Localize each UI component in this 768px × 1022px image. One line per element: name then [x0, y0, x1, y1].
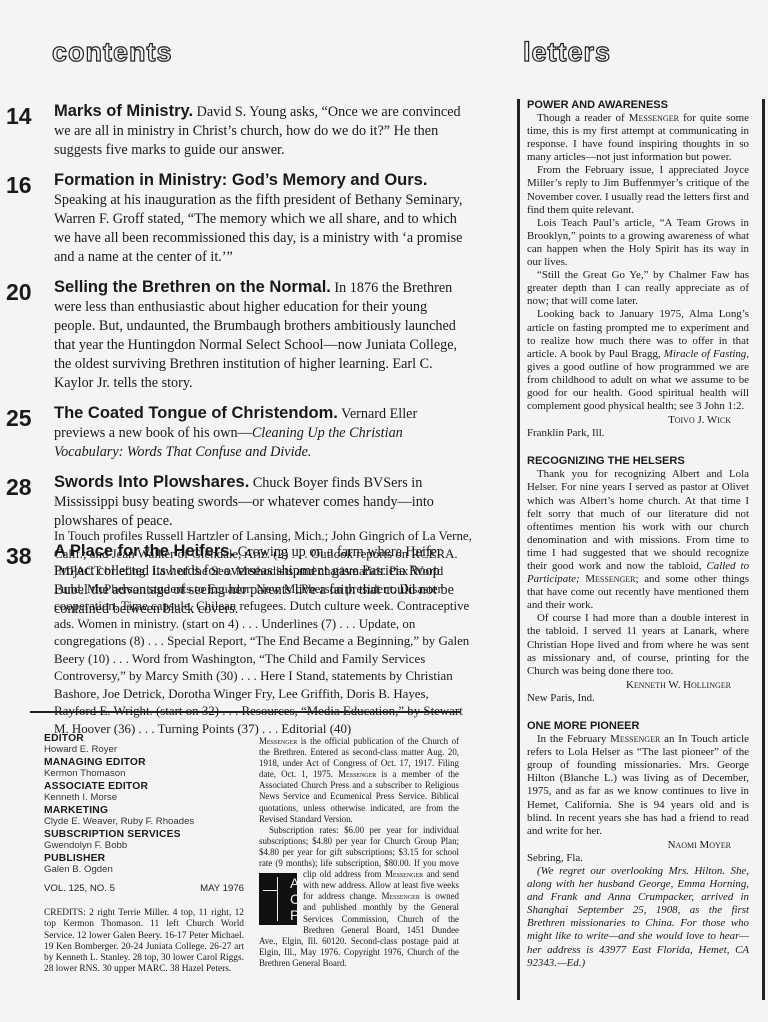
- toc-page-number: 38: [6, 543, 54, 619]
- letter-heading: RECOGNIZING THE HELSERS: [527, 455, 749, 468]
- masthead-role: ASSOCIATE EDITOR: [44, 781, 244, 792]
- photo-credits: CREDITS: 2 right Terrie Miller. 4 top, 1…: [44, 908, 244, 976]
- letter-paragraph: Of course I had more than a double inter…: [527, 612, 749, 677]
- editor-note: (We regret our overlooking Mrs. Hilton. …: [527, 865, 749, 970]
- letter-text: Thank you for recognizing Albert and Lol…: [527, 468, 749, 572]
- toc-entry[interactable]: 28 Swords Into Plowshares. Chuck Boyer f…: [6, 473, 468, 531]
- publication-name: Messenger: [580, 573, 636, 585]
- letter: RECOGNIZING THE HELSERS Thank you for re…: [527, 455, 749, 705]
- toc-entry[interactable]: 16 Formation in Ministry: God’s Memory a…: [6, 171, 468, 267]
- masthead-role: SUBSCRIPTION SERVICES: [44, 829, 244, 840]
- toc-title: Selling the Brethren on the Normal.: [54, 278, 331, 296]
- logo-letter: A: [280, 876, 299, 890]
- letter-location: Sebring, Fla.: [527, 852, 749, 865]
- letter-signature: Naomi Moyer: [527, 839, 749, 852]
- acp-logo-icon: ACP: [259, 873, 297, 925]
- letter-text: In the February: [537, 733, 610, 745]
- contents-heading: contents: [52, 37, 173, 68]
- masthead-name: Clyde E. Weaver, Ruby F. Rhoades: [44, 816, 244, 827]
- logo-letter: C: [280, 892, 300, 906]
- letter-location: New Paris, Ind.: [527, 692, 749, 705]
- letters-heading: letters: [523, 37, 611, 68]
- letter-heading: POWER AND AWARENESS: [527, 99, 749, 112]
- toc-page-number: 14: [6, 103, 54, 160]
- volume-number: VOL. 125, NO. 5: [44, 883, 115, 894]
- issue-info: VOL. 125, NO. 5 MAY 1976: [44, 883, 244, 894]
- letter-signature: Toivo J. Wick: [527, 414, 749, 427]
- publication-name: Messenger: [385, 869, 423, 879]
- letter-paragraph: “Still the Great Go Ye,” by Chalmer Faw …: [527, 269, 749, 308]
- publication-info: Messenger is the official publication of…: [259, 736, 459, 969]
- toc-title: The Coated Tongue of Christendom.: [54, 404, 338, 422]
- publication-name: Messenger: [259, 736, 297, 746]
- masthead-role: PUBLISHER: [44, 853, 244, 864]
- toc-description: Speaking at his inauguration as the fift…: [54, 192, 462, 265]
- letter-signature: Kenneth W. Hollinger: [527, 679, 749, 692]
- masthead-name: Kenneth I. Morse: [44, 792, 244, 803]
- letter-text: an In Touch article refers to Lola Helse…: [527, 733, 749, 837]
- masthead: EDITOR Howard E. Royer MANAGING EDITOR K…: [44, 733, 244, 976]
- letter-text: gives a good outline of how programmed w…: [527, 361, 749, 412]
- toc-title: Swords Into Plowshares.: [54, 473, 249, 491]
- publication-name: Messenger: [629, 112, 679, 124]
- letter-paragraph: From the February issue, I appreciated J…: [527, 164, 749, 216]
- masthead-name: Galen B. Ogden: [44, 864, 244, 875]
- masthead-role: MARKETING: [44, 805, 244, 816]
- masthead-role: EDITOR: [44, 733, 244, 744]
- publication-name: Messenger: [338, 769, 376, 779]
- book-title: Miracle of Fasting,: [664, 348, 749, 360]
- masthead-name: Kermon Thomason: [44, 768, 244, 779]
- toc-entry[interactable]: 20 Selling the Brethren on the Normal. I…: [6, 278, 468, 393]
- masthead-name: Gwendolyn F. Bobb: [44, 840, 244, 851]
- toc-page-number: 25: [6, 405, 54, 462]
- toc-title: Formation in Ministry: God’s Memory and …: [54, 171, 427, 189]
- masthead-name: Howard E. Royer: [44, 744, 244, 755]
- toc-entry[interactable]: 14 Marks of Ministry. David S. Young ask…: [6, 102, 468, 160]
- section-divider: [30, 711, 460, 713]
- publication-name: Messenger: [610, 733, 660, 745]
- letter: POWER AND AWARENESS Though a reader of M…: [527, 99, 749, 440]
- letters-column: POWER AND AWARENESS Though a reader of M…: [527, 99, 749, 970]
- masthead-role: MANAGING EDITOR: [44, 757, 244, 768]
- letter-heading: ONE MORE PIONEER: [527, 720, 749, 733]
- letter-text: Though a reader of: [537, 112, 629, 124]
- issue-date: MAY 1976: [200, 883, 244, 894]
- toc-page-number: 28: [6, 474, 54, 531]
- toc-page-number: 16: [6, 172, 54, 267]
- toc-entry[interactable]: 25 The Coated Tongue of Christendom. Ver…: [6, 404, 468, 462]
- logo-letter: P: [280, 908, 299, 922]
- letter-paragraph: Lois Teach Paul’s article, “A Team Grows…: [527, 217, 749, 269]
- publication-name: Messenger: [382, 891, 420, 901]
- departments-summary: In Touch profiles Russell Hartzler of La…: [54, 528, 474, 738]
- toc-title: Marks of Ministry.: [54, 102, 193, 120]
- toc-description: In 1876 the Brethren were less than enth…: [54, 280, 457, 391]
- letter: ONE MORE PIONEER In the February Messeng…: [527, 720, 749, 970]
- toc-page-number: 20: [6, 279, 54, 393]
- letter-location: Franklin Park, Ill.: [527, 427, 749, 440]
